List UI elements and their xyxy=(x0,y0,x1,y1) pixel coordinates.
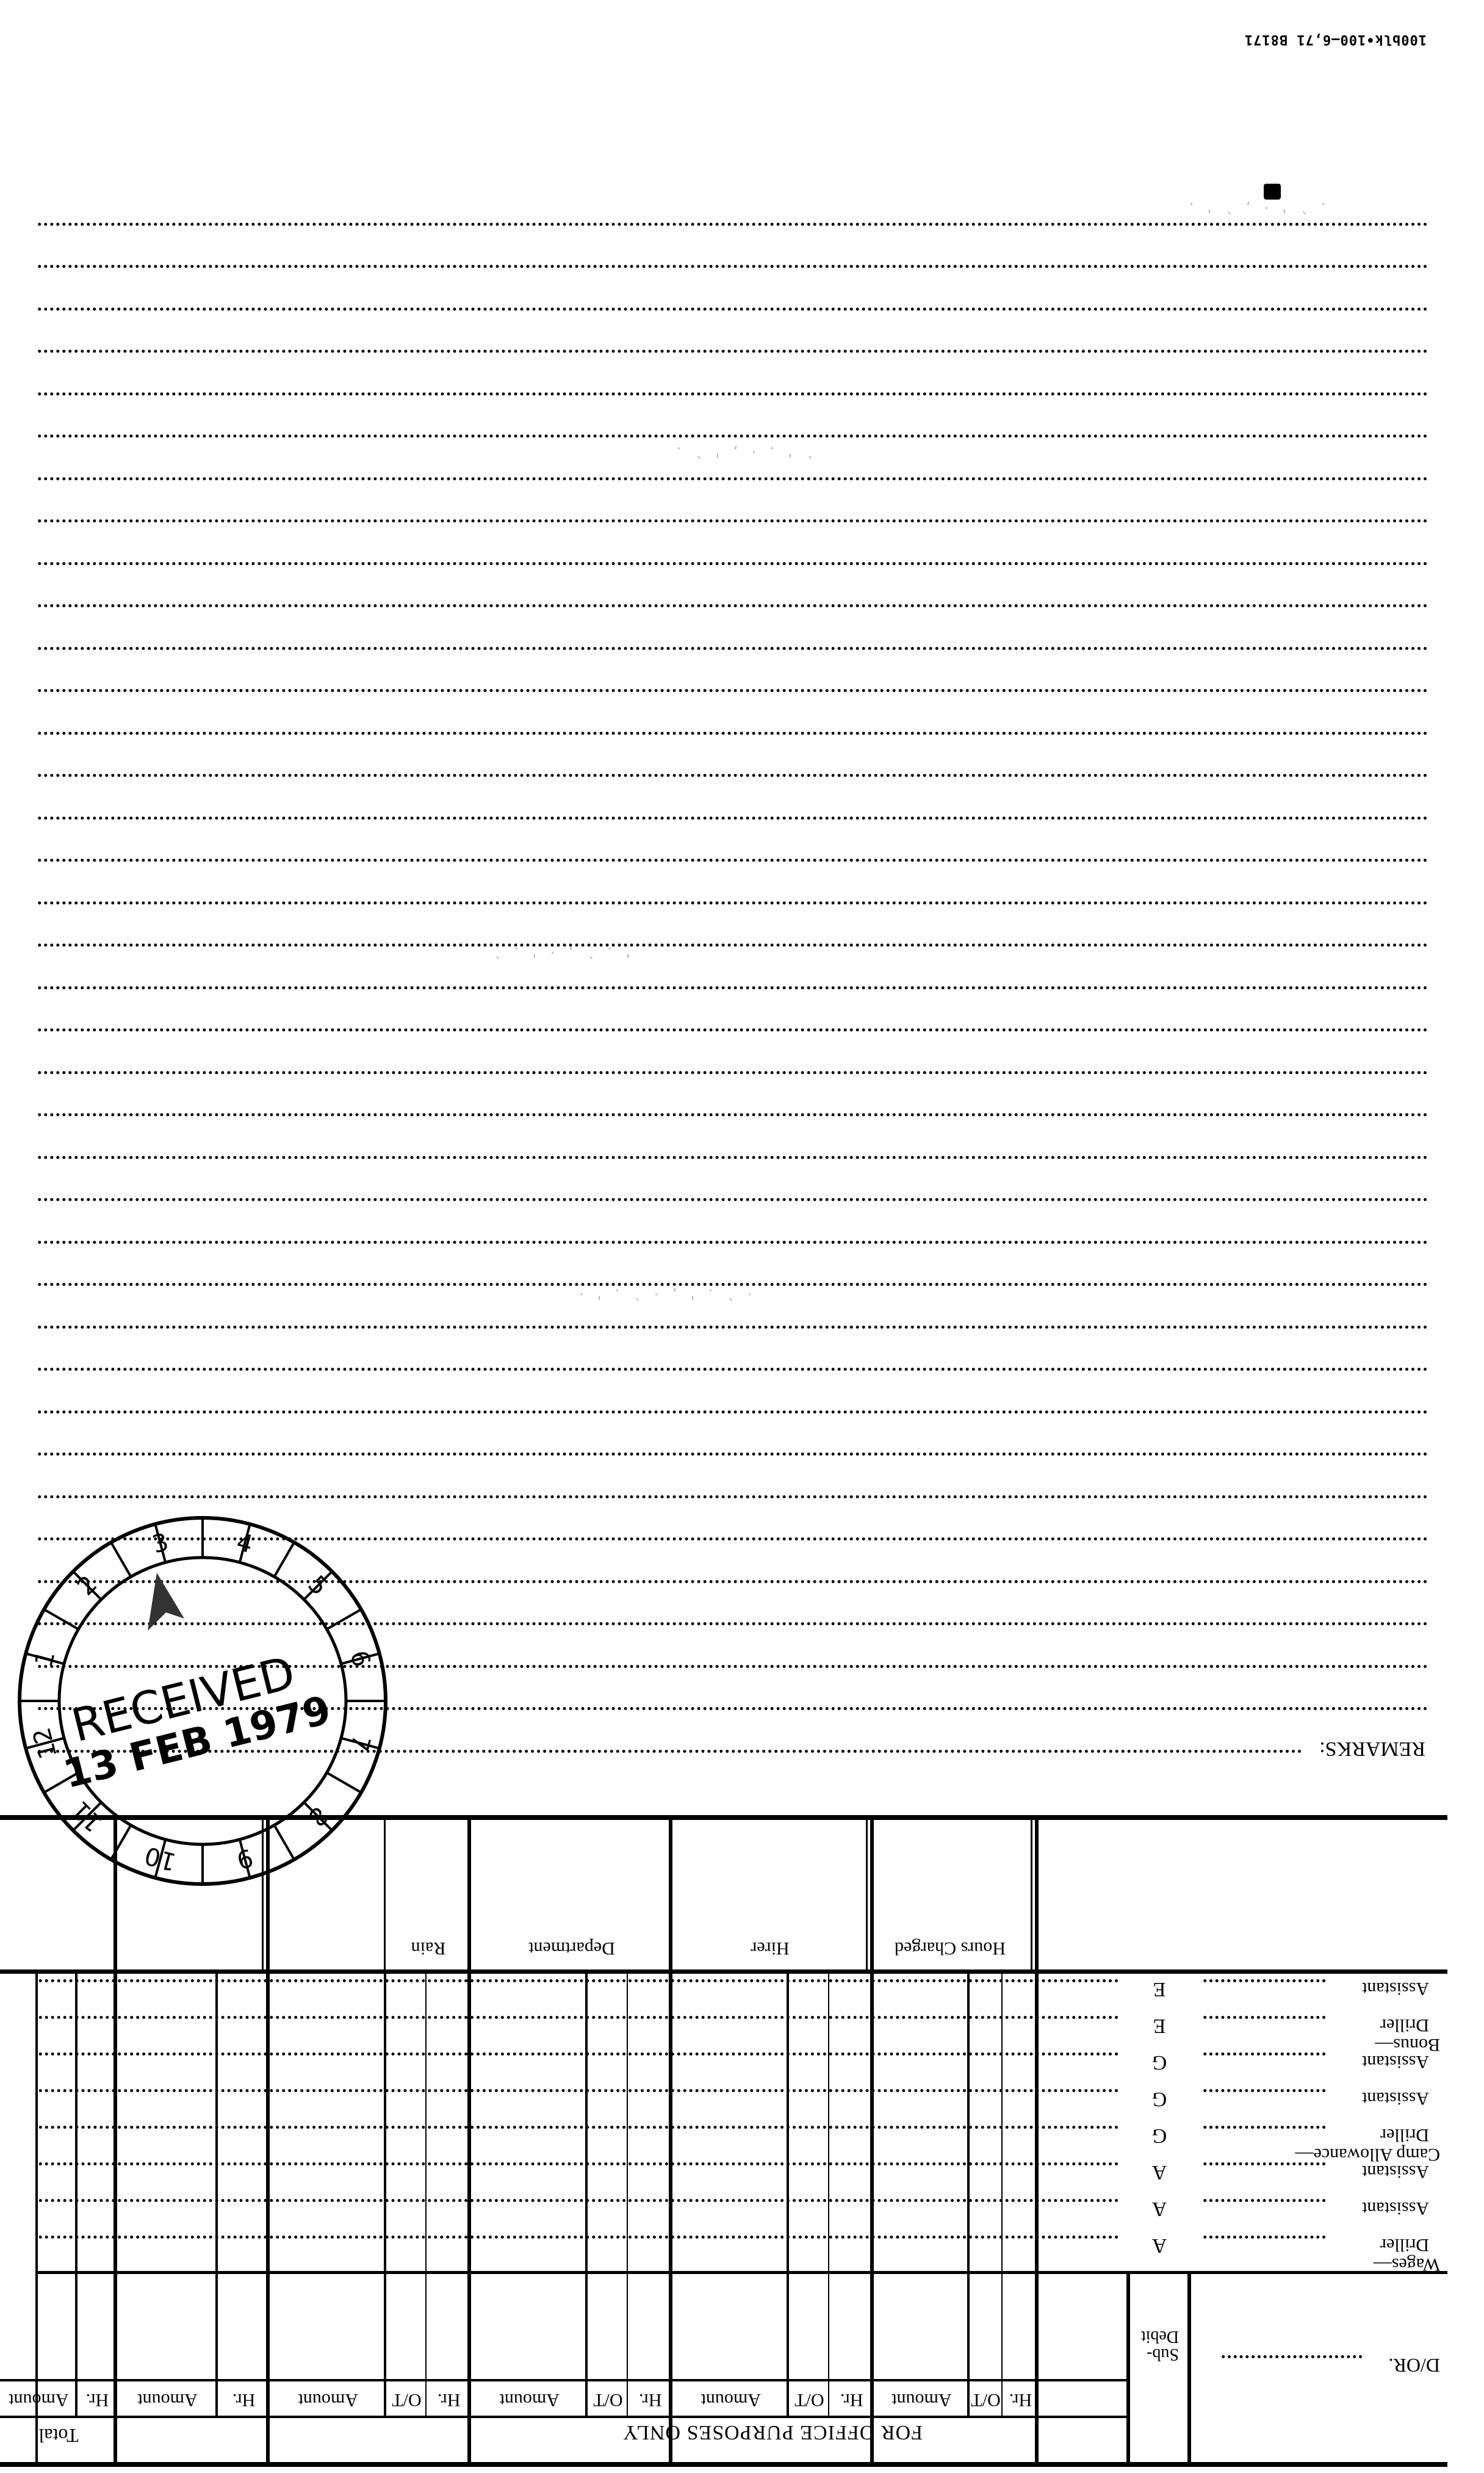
svg-text:12: 12 xyxy=(27,1725,63,1762)
row-group-label: Wages— xyxy=(1374,2255,1440,2275)
remarks-line xyxy=(37,690,1427,693)
subheader-hr: Hr. xyxy=(1003,2391,1039,2409)
faint-handwriting: . ` ' · , ` ' . xyxy=(1184,200,1325,215)
remarks-line xyxy=(37,647,1427,650)
row-code: G xyxy=(1147,2052,1172,2073)
row-code: G xyxy=(1147,2125,1172,2146)
remarks-line xyxy=(37,1114,1427,1117)
remarks-line xyxy=(37,1453,1427,1456)
svg-text:4: 4 xyxy=(234,1528,256,1559)
row-code: E xyxy=(1147,1979,1172,1999)
total-heading: Total xyxy=(0,2426,117,2446)
svg-text:9: 9 xyxy=(234,1843,256,1874)
subheader-ot: O/T xyxy=(789,2391,829,2409)
faint-handwriting: ` ' . · , ' ` . xyxy=(672,444,813,459)
subheader-hr: Hr. xyxy=(218,2391,270,2409)
row-code: A xyxy=(1147,2198,1172,2219)
received-stamp: 123456789101112 RECEIVED 13 FEB 1979 xyxy=(1,1512,404,1890)
subheader-ot: O/T xyxy=(588,2391,628,2409)
remarks-line xyxy=(37,1368,1427,1371)
table-row xyxy=(38,2236,1118,2239)
svg-text:1: 1 xyxy=(30,1648,61,1670)
row-code: E xyxy=(1147,2015,1172,2036)
remarks-line xyxy=(37,605,1427,608)
remarks-line xyxy=(37,435,1427,438)
row-label: Assistant xyxy=(1362,2089,1429,2109)
table-row xyxy=(38,2199,1118,2202)
remarks-line xyxy=(37,901,1427,904)
form-code: 100blk•100—6,71 B8171 xyxy=(1244,32,1427,47)
remarks-line xyxy=(37,1199,1427,1202)
remarks-line xyxy=(37,350,1427,353)
row-code: A xyxy=(1147,2162,1172,2182)
subheader-amount: Amount xyxy=(471,2391,588,2409)
subheader-hr: Hr. xyxy=(77,2391,117,2409)
remarks-line xyxy=(37,986,1427,989)
subheader-amount: Amount xyxy=(874,2391,970,2409)
svg-text:3: 3 xyxy=(149,1528,171,1559)
table-row xyxy=(38,1979,1118,1982)
remarks-line xyxy=(37,1156,1427,1159)
office-use-title: FOR OFFICE PURPOSES ONLY xyxy=(622,2422,923,2442)
remarks-line xyxy=(37,562,1427,565)
subheader-amount: Amount xyxy=(0,2391,77,2409)
subheader-ot: O/T xyxy=(386,2391,427,2409)
remarks-line xyxy=(37,392,1427,395)
subheader-amount: Amount xyxy=(672,2391,789,2409)
triangle-logo-icon xyxy=(148,1573,184,1631)
remarks-line xyxy=(37,520,1427,523)
remarks-line xyxy=(37,1029,1427,1032)
svg-text:10: 10 xyxy=(142,1841,179,1876)
remarks-line xyxy=(37,223,1427,226)
row-code: A xyxy=(1147,2235,1172,2256)
remarks-line xyxy=(37,1326,1427,1329)
row-label: Driller xyxy=(1380,2016,1429,2035)
faint-handwriting: ' . ` , · ' . ` xyxy=(489,944,630,959)
d-or-label: D/OR. xyxy=(1389,2356,1440,2375)
remarks-line xyxy=(37,308,1427,311)
table-row xyxy=(38,2089,1118,2092)
subheader-hr: Hr. xyxy=(427,2391,471,2409)
row-group-label: Camp Allowance— xyxy=(1295,2145,1440,2165)
row-group-label: Bonus— xyxy=(1375,2035,1440,2055)
charge-header: Department xyxy=(471,1939,672,1957)
remarks-line xyxy=(37,1495,1427,1498)
subheader-hr: Hr. xyxy=(628,2391,672,2409)
subheader-ot: O/T xyxy=(970,2391,1003,2409)
row-label: Driller xyxy=(1380,2236,1429,2255)
table-row xyxy=(38,2162,1118,2165)
row-label: Assistant xyxy=(1362,2162,1429,2182)
remarks-line xyxy=(37,817,1427,820)
subheader-amount: Amount xyxy=(117,2391,218,2409)
row-label: Driller xyxy=(1380,2126,1429,2145)
row-code: G xyxy=(1147,2089,1172,2109)
remarks-label: REMARKS: xyxy=(1319,1738,1425,1759)
charge-header: Rain xyxy=(386,1939,471,1957)
remarks-line xyxy=(37,1241,1427,1244)
subheader-amount: Amount xyxy=(270,2391,386,2409)
remarks-line xyxy=(37,1410,1427,1413)
subheader-hr: Hr. xyxy=(829,2391,874,2409)
row-label: Assistant xyxy=(1362,2052,1429,2072)
remarks-line xyxy=(37,944,1427,947)
table-row xyxy=(38,2126,1118,2129)
faint-handwriting: · ` . ' , · ` . ' · xyxy=(574,1286,752,1301)
svg-text:7: 7 xyxy=(344,1732,375,1754)
remarks-line xyxy=(37,732,1427,735)
remarks-line xyxy=(37,265,1427,269)
svg-text:6: 6 xyxy=(344,1648,375,1670)
remarks-line xyxy=(37,774,1427,778)
charge-header: Hirer xyxy=(672,1939,868,1957)
remarks-line xyxy=(37,1071,1427,1074)
sub-debit-label: Sub-Debit xyxy=(1141,2327,1179,2363)
table-row xyxy=(38,2052,1118,2056)
row-label: Assistant xyxy=(1362,1979,1429,1999)
table-row xyxy=(38,2016,1118,2019)
remarks-line xyxy=(37,859,1427,862)
row-label: Assistant xyxy=(1362,2199,1429,2218)
timesheet-form-page: FOR OFFICE PURPOSES ONLY Sub-Debit D/OR.… xyxy=(0,0,1484,2473)
ink-blot xyxy=(1264,184,1281,200)
remarks-line xyxy=(37,477,1427,480)
charge-header: Hours Charged xyxy=(868,1939,1032,1957)
